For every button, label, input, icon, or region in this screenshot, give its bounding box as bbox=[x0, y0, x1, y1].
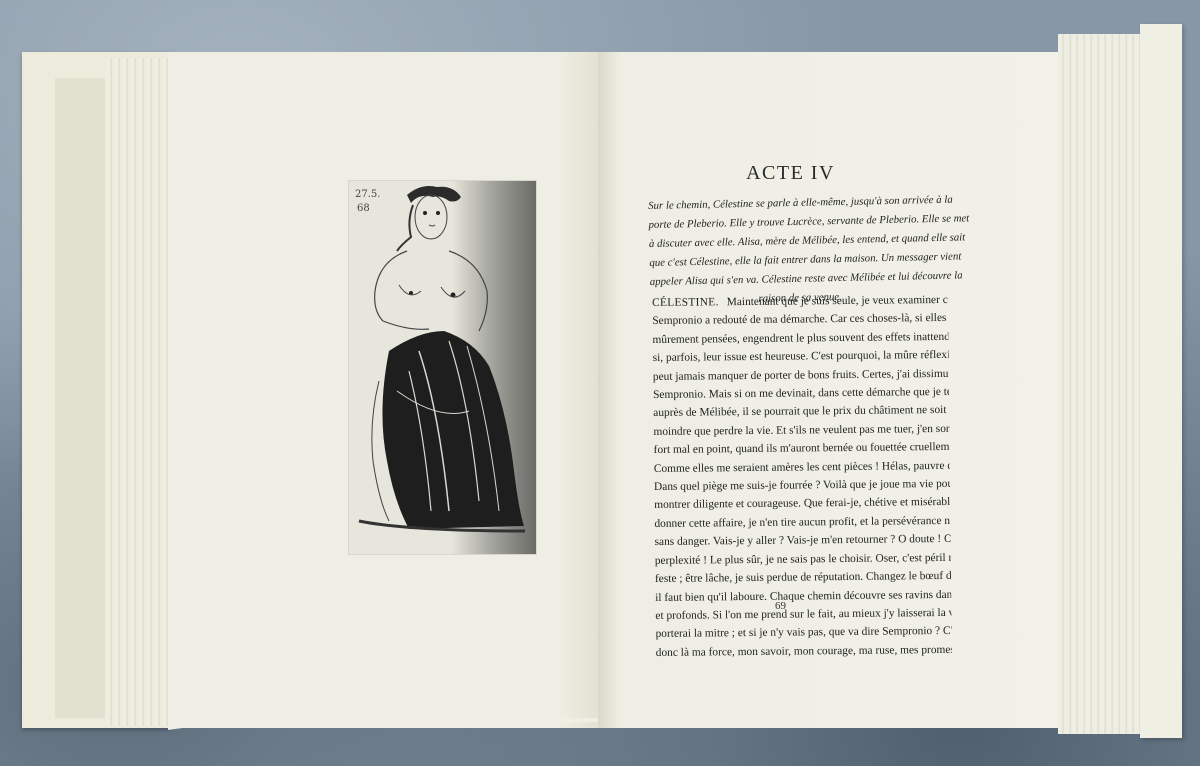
left-page-edges bbox=[105, 58, 170, 726]
etching-illustration: 27.5. 68 bbox=[348, 180, 537, 555]
page-number: 69 bbox=[775, 600, 786, 612]
body-line: donc là ma force, mon savoir, mon courag… bbox=[656, 641, 952, 663]
right-page-edges bbox=[1058, 34, 1150, 734]
body-line: feste ; être lâche, je suis perdue de ré… bbox=[655, 567, 951, 589]
svg-text:27.5.: 27.5. bbox=[355, 189, 380, 200]
act-title: ACTE IV bbox=[598, 162, 983, 185]
speaker-name: CÉLESTINE. bbox=[652, 296, 719, 309]
svg-text:68: 68 bbox=[357, 203, 370, 214]
body-line: Maintenant que je suis seule, je veux ex… bbox=[727, 294, 949, 309]
body-text: CÉLESTINE.Maintenant que je suis seule, … bbox=[652, 291, 952, 662]
etching-drawing: 27.5. 68 bbox=[349, 181, 536, 554]
right-book-cover bbox=[1140, 24, 1182, 738]
left-cover-flap bbox=[55, 78, 106, 718]
